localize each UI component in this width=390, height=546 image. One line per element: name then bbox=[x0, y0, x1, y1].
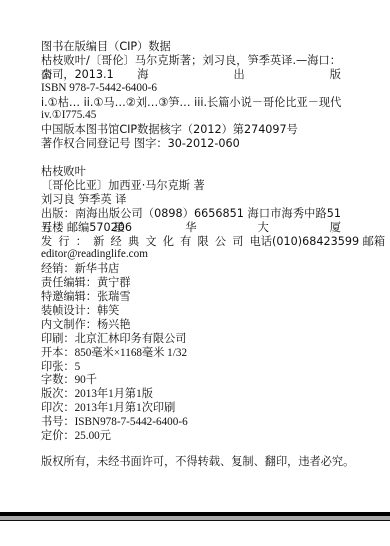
detail-value: ISBN978-7-5442-6400-6 bbox=[75, 416, 188, 428]
distributor-label: 发行： bbox=[41, 235, 93, 249]
detail-row: 书号：ISBN978-7-5442-6400-6 bbox=[41, 415, 341, 429]
detail-label: 印刷： bbox=[41, 332, 75, 345]
detail-row: 印次：2013年1月第1次印刷 bbox=[41, 401, 341, 415]
book-title: 枯枝败叶 bbox=[41, 165, 341, 179]
detail-label: 印次： bbox=[41, 401, 75, 414]
detail-label: 装帧设计： bbox=[41, 304, 97, 317]
detail-row: 字数：90千 bbox=[41, 373, 341, 387]
distributor-name: 新经典文化有限公司 bbox=[93, 235, 250, 249]
cip-heading: 图书在版编目（CIP）数据 bbox=[41, 40, 341, 54]
detail-row: 内文制作：杨兴艳 bbox=[41, 318, 341, 332]
book-author: 〔哥伦比亚〕加西亚·马尔克斯 著 bbox=[41, 179, 341, 193]
detail-value: 韩笑 bbox=[97, 304, 119, 317]
spacer bbox=[41, 443, 341, 455]
detail-value: 2013年1月第1次印刷 bbox=[75, 402, 176, 414]
publisher-line: 出版：南海出版公司（0898）6656851 海口市海秀中路51号星华大厦 bbox=[41, 207, 341, 221]
detail-label: 特邀编辑： bbox=[41, 290, 97, 303]
cip-isbn: ISBN 978-7-5442-6400-6 bbox=[41, 82, 341, 96]
detail-label: 经销： bbox=[41, 262, 75, 275]
email: editor@readinglife.com bbox=[41, 248, 341, 262]
cip-line: 著作权合同登记号 图字：30-2012-060 bbox=[41, 137, 341, 151]
detail-label: 版次： bbox=[41, 387, 75, 400]
detail-label: 责任编辑： bbox=[41, 276, 97, 289]
spacer bbox=[41, 151, 341, 165]
detail-value: 2013年1月第1版 bbox=[75, 388, 153, 400]
cip-line: 枯枝败叶/〔哥伦〕马尔克斯著；刘习良，笋季英译.—海口：南海出版 bbox=[41, 54, 341, 68]
detail-value: 杨兴艳 bbox=[97, 318, 131, 331]
copyright-page: 图书在版编目（CIP）数据 枯枝败叶/〔哥伦〕马尔克斯著；刘习良，笋季英译.—海… bbox=[41, 40, 341, 469]
book-translators: 刘习良 笋季英 译 bbox=[41, 193, 341, 207]
detail-label: 开本： bbox=[41, 346, 75, 359]
detail-row: 印张：5 bbox=[41, 360, 341, 374]
detail-row: 经销：新华书店 bbox=[41, 262, 341, 276]
detail-row: 版次：2013年1月第1版 bbox=[41, 387, 341, 401]
detail-value: 850毫米×1168毫米 1/32 bbox=[75, 347, 188, 359]
copyright-notice: 版权所有，未经书面许可，不得转载、复制、翻印，违者必究。 bbox=[41, 455, 341, 469]
detail-row: 装帧设计：韩笑 bbox=[41, 304, 341, 318]
detail-value: 90千 bbox=[75, 374, 97, 386]
distributor-line: 发行： 新经典文化有限公司 电话(010)68423599 邮箱 bbox=[41, 235, 341, 249]
footer-rule-thin bbox=[0, 520, 390, 521]
detail-value: 北京汇林印务有限公司 bbox=[75, 332, 187, 345]
detail-value: 黄宁群 bbox=[97, 276, 131, 289]
detail-row: 特邀编辑：张瑞雪 bbox=[41, 290, 341, 304]
detail-value: 张瑞雪 bbox=[97, 290, 131, 303]
detail-row: 定价：25.00元 bbox=[41, 429, 341, 443]
detail-label: 书号： bbox=[41, 415, 75, 428]
detail-value: 25.00元 bbox=[75, 430, 111, 442]
detail-label: 定价： bbox=[41, 429, 75, 442]
detail-value: 5 bbox=[75, 361, 81, 373]
detail-row: 责任编辑：黄宁群 bbox=[41, 276, 341, 290]
detail-row: 印刷：北京汇林印务有限公司 bbox=[41, 332, 341, 346]
cip-line: 中国版本图书馆CIP数据核字（2012）第274097号 bbox=[41, 123, 341, 137]
detail-label: 字数： bbox=[41, 373, 75, 386]
detail-label: 内文制作： bbox=[41, 318, 97, 331]
detail-row: 开本：850毫米×1168毫米 1/32 bbox=[41, 346, 341, 360]
detail-label: 印张： bbox=[41, 360, 75, 373]
distributor-phone: 电话(010)68423599 邮箱 bbox=[250, 235, 385, 249]
cip-line: iv.①I775.45 bbox=[41, 109, 341, 123]
detail-value: 新华书店 bbox=[75, 262, 120, 275]
cip-line: i.①枯… ii.①马…②刘…③笋… iii.长篇小说－哥伦比亚－现代 bbox=[41, 96, 341, 110]
